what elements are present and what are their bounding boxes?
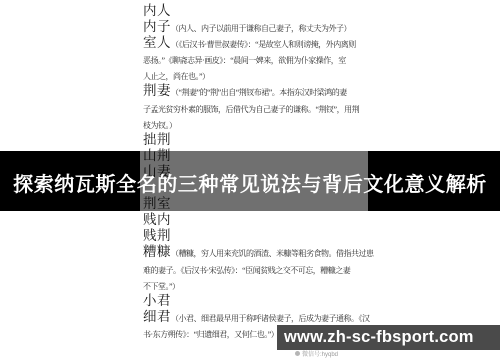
entry-note: （“荆妻”的“荆”出自“荆钗布裙”。本指东汉时梁鸿的妻 — [171, 88, 347, 97]
entry-line: 枝为钗。） — [143, 116, 373, 132]
banner-title: 探索纳瓦斯全名的三种常见说法与背后文化意义解析 — [0, 154, 500, 211]
entry-line: 恶扬。”《聊斋志异·画皮》：“晨间一婢来，欲佣为仆家操作，室 — [143, 51, 373, 67]
entry-headword: 室人 — [143, 35, 171, 50]
watermark-caption-text: 微信号:hyqbd — [302, 349, 338, 358]
entry-line: 不下堂。”） — [143, 277, 373, 293]
entry-headword: 小君 — [143, 293, 171, 308]
entry-line: 子孟光贫穷朴素的服饰，后借代为自己妻子的谦称。“荆钗”，用荆 — [143, 100, 373, 116]
entry-note: （小君、细君最早用于称呼诸侯妻子，后成为妻子通称。《汉 — [171, 314, 370, 323]
page-root: 内人 内子（内人、内子以前用于谦称自己妻子，称丈夫为外子） 室人（《后汉书·曹世… — [0, 0, 500, 362]
entry-note: （《后汉书·曹世叔妻传》：“是故室人和则谤掩，外内离则 — [171, 40, 356, 49]
entry-line: 小君 — [143, 293, 373, 309]
watermark-url: www.zh-sc-fbsport.com — [284, 328, 474, 347]
entry-line: 荆妻（“荆妻”的“荆”出自“荆钗布裙”。本指东汉时梁鸿的妻 — [143, 83, 373, 99]
entry-headword: 细君 — [143, 309, 171, 324]
entry-headword: 贱内 — [143, 212, 171, 227]
entry-line: 难的妻子。《后汉书·宋弘传》：“臣闻贫贱之交不可忘，糟糠之妻 — [143, 261, 373, 277]
promo-banner: 探索纳瓦斯全名的三种常见说法与背后文化意义解析 — [0, 151, 500, 211]
entry-line: 糟糠（糟糠，穷人用来充饥的酒渣、米糠等粗劣食物。借指共过患 — [143, 244, 373, 260]
wechat-logo-icon — [295, 351, 300, 356]
entry-headword: 糟糠 — [143, 244, 171, 259]
entry-line: 人止之，尚在也。”） — [143, 67, 373, 83]
entry-line: 内子（内人、内子以前用于谦称自己妻子，称丈夫为外子） — [143, 19, 373, 35]
entry-line: 贱内 — [143, 212, 373, 228]
entry-note: （内人、内子以前用于谦称自己妻子，称丈夫为外子） — [171, 24, 351, 33]
entry-headword: 拙荆 — [143, 132, 171, 147]
entry-line: 内人 — [143, 3, 373, 19]
entry-note: 人止之，尚在也。”） — [143, 72, 210, 81]
entry-line: 拙荆 — [143, 132, 373, 148]
watermark-caption: 微信号:hyqbd — [295, 349, 338, 357]
entry-headword: 贱荆 — [143, 228, 171, 243]
entry-note: 不下堂。”） — [143, 282, 180, 291]
entry-note: 难的妻子。《后汉书·宋弘传》：“臣闻贫贱之交不可忘，糟糠之妻 — [143, 266, 350, 275]
entry-line: 细君（小君、细君最早用于称呼诸侯妻子，后成为妻子通称。《汉 — [143, 309, 373, 325]
entry-line: 室人（《后汉书·曹世叔妻传》：“是故室人和则谤掩，外内离则 — [143, 35, 373, 51]
entry-headword: 荆妻 — [143, 83, 171, 98]
watermark-url-box: www.zh-sc-fbsport.com — [277, 325, 500, 350]
entry-note: 恶扬。”《聊斋志异·画皮》：“晨间一婢来，欲佣为仆家操作，室 — [143, 56, 346, 65]
entry-note: 子孟光贫穷朴素的服饰，后借代为自己妻子的谦称。“荆钗”，用荆 — [143, 105, 359, 114]
entry-headword: 内子 — [143, 19, 171, 34]
entry-line: 贱荆 — [143, 228, 373, 244]
entry-headword: 内人 — [143, 3, 171, 18]
entry-note: 书·东方朔传》：“归遗细君，又何仁也。”） — [143, 330, 278, 339]
entry-note: 枝为钗。） — [143, 121, 177, 130]
entry-note: （糟糠，穷人用来充饥的酒渣、米糠等粗劣食物。借指共过患 — [171, 249, 374, 258]
